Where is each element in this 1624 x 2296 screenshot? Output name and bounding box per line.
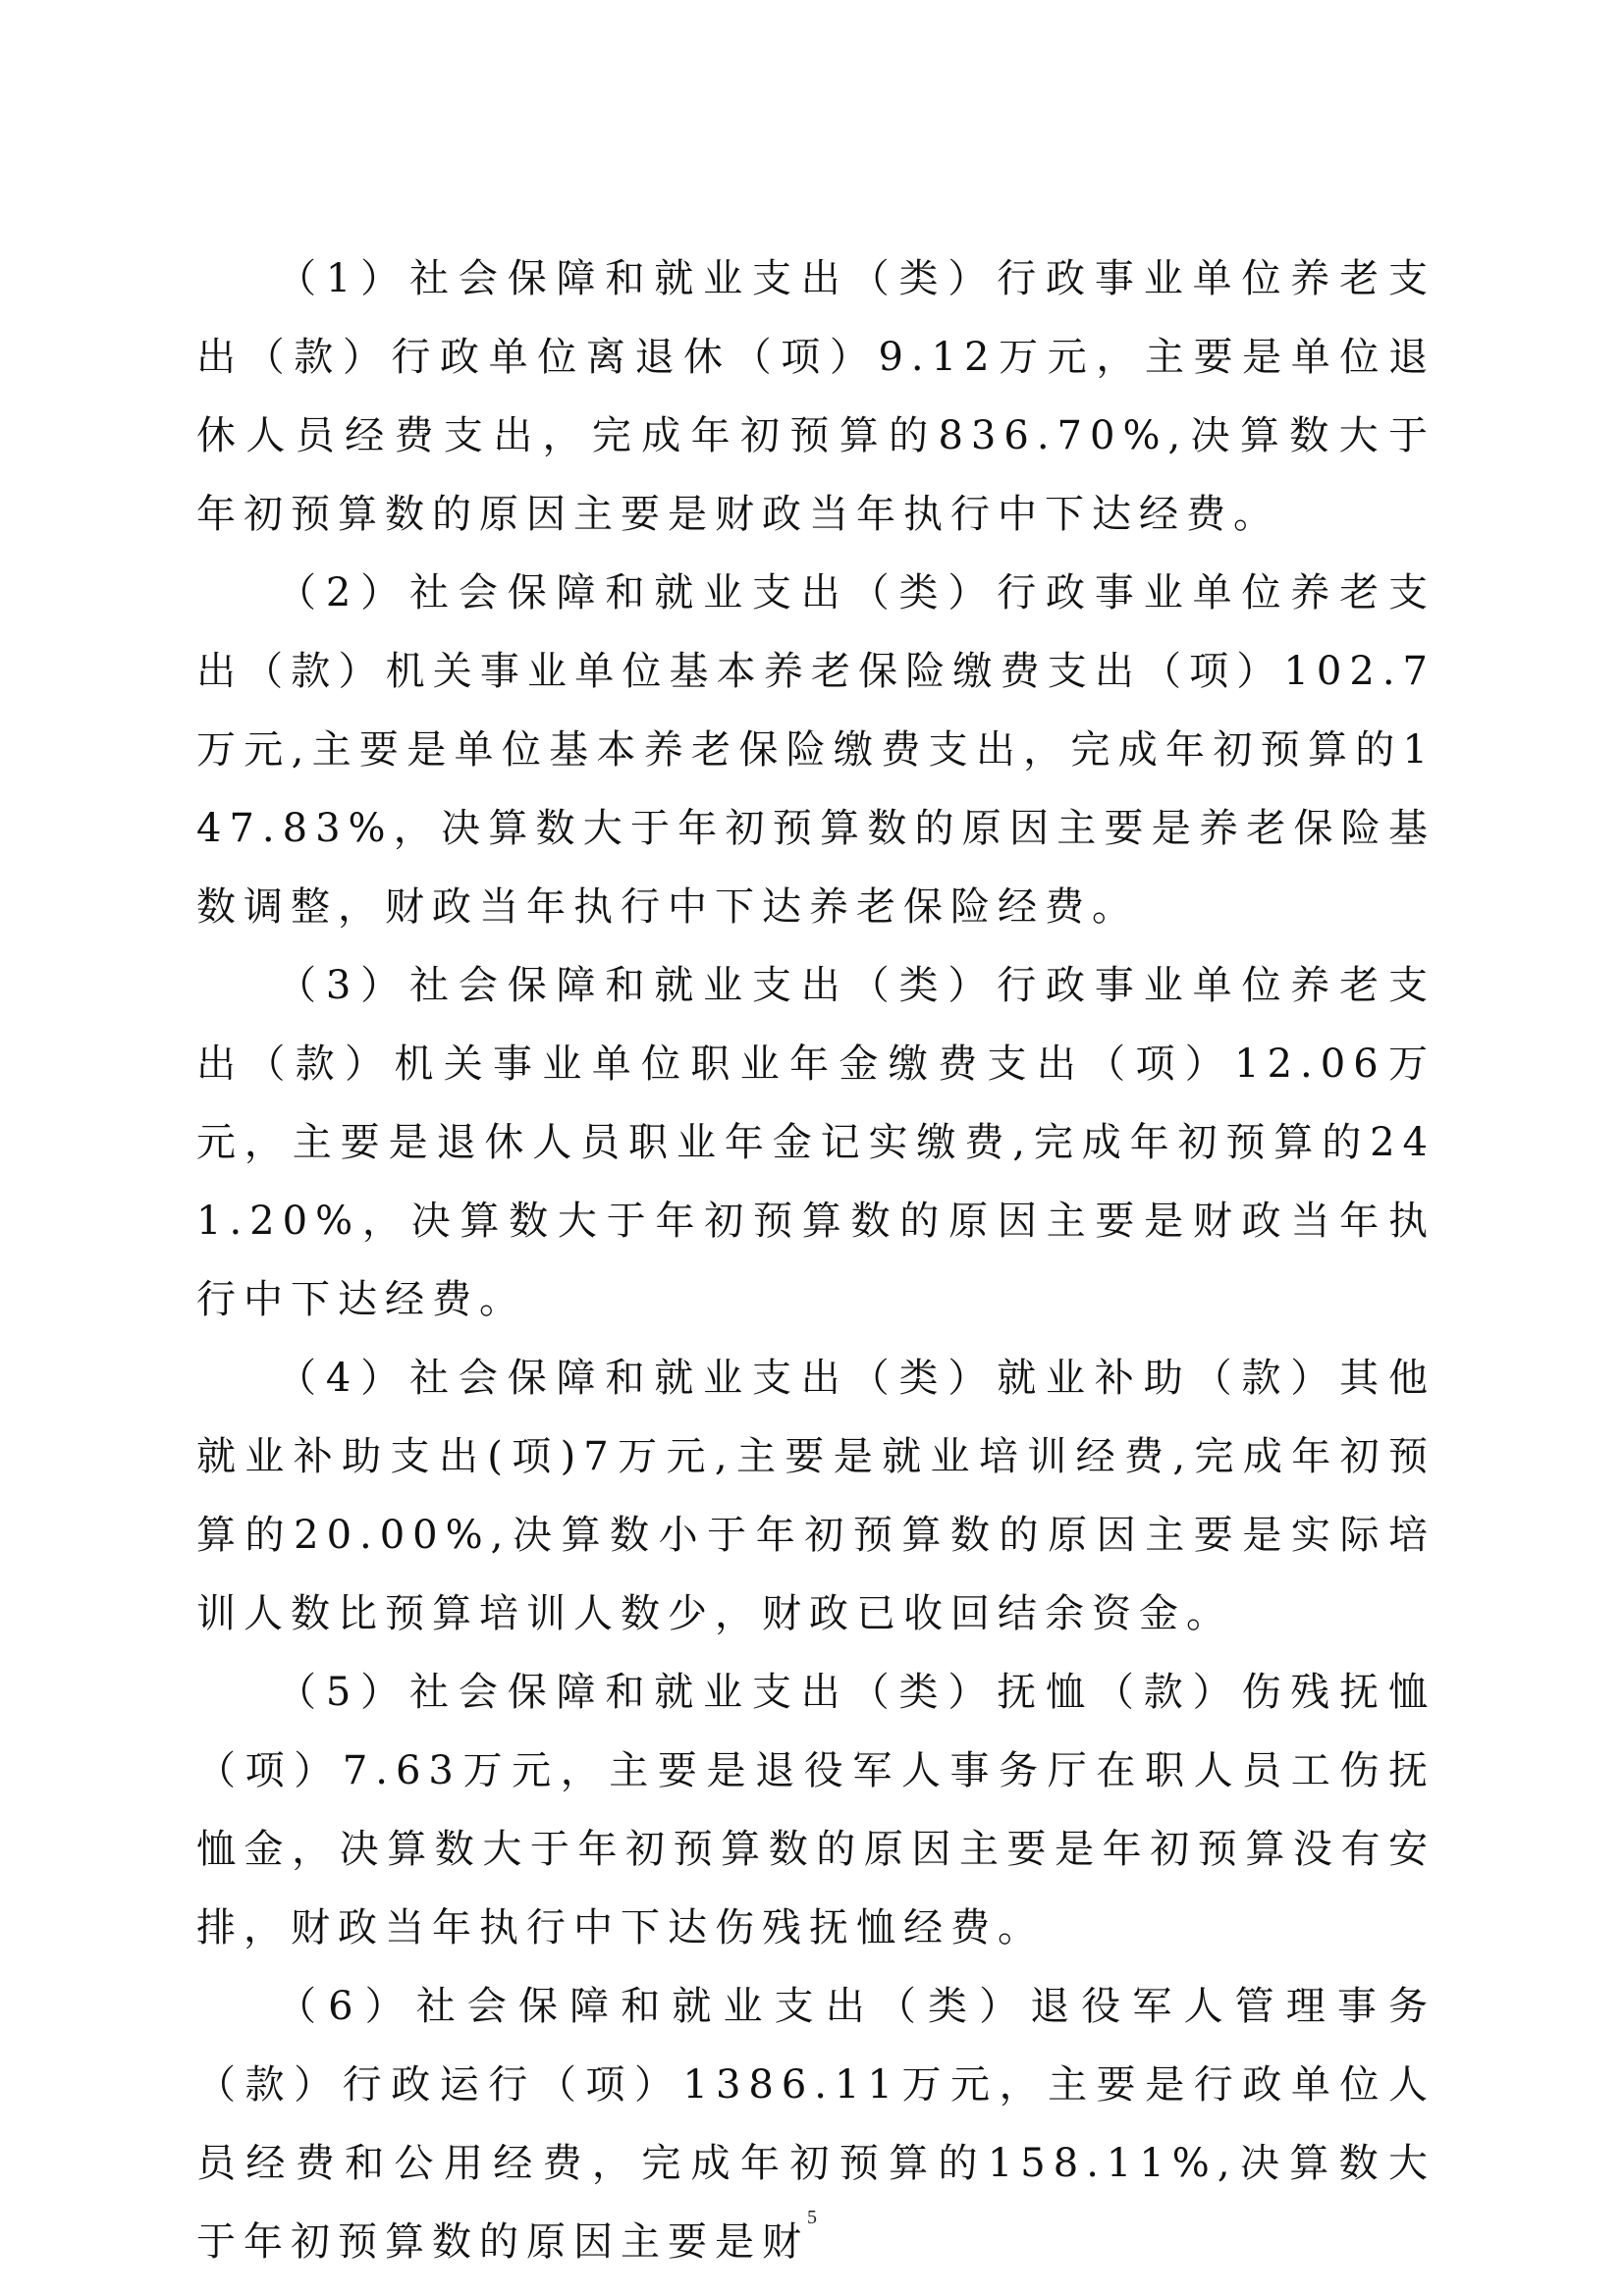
page-number: 5 (0, 2207, 1624, 2229)
paragraph-6: （6）社会保障和就业支出（类）退役军人管理事务（款）行政运行（项）1386.11… (196, 1967, 1435, 2281)
document-page: （1）社会保障和就业支出（类）行政事业单位养老支出（款）行政单位离退休（项）9.… (196, 240, 1435, 2281)
paragraph-5: （5）社会保障和就业支出（类）抚恤（款）伤残抚恤（项）7.63万元，主要是退役军… (196, 1653, 1435, 1967)
paragraph-1: （1）社会保障和就业支出（类）行政事业单位养老支出（款）行政单位离退休（项）9.… (196, 240, 1435, 554)
paragraph-2: （2）社会保障和就业支出（类）行政事业单位养老支出（款）机关事业单位基本养老保险… (196, 554, 1435, 946)
paragraph-4: （4）社会保障和就业支出（类）就业补助（款）其他就业补助支出(项)7万元,主要是… (196, 1339, 1435, 1653)
paragraph-3: （3）社会保障和就业支出（类）行政事业单位养老支出（款）机关事业单位职业年金缴费… (196, 946, 1435, 1339)
